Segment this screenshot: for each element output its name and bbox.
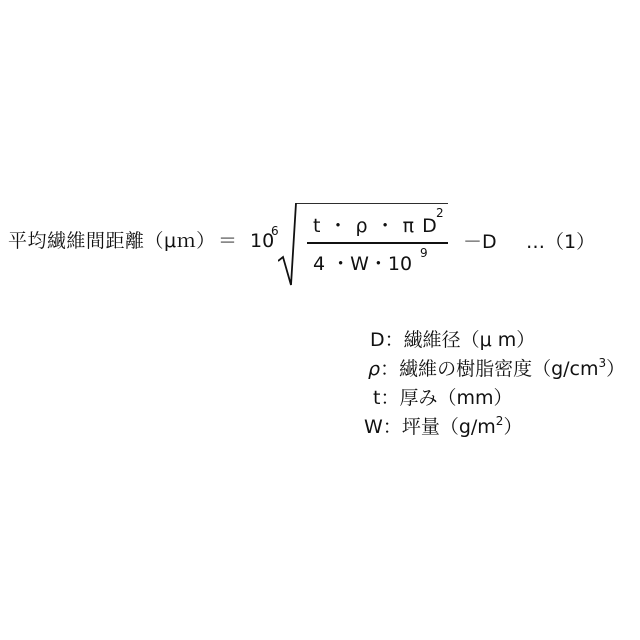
legend-separator: ： (383, 416, 402, 438)
legend-separator: ： (380, 387, 399, 409)
legend-description: 繊維の樹脂密度（g/cm (399, 358, 598, 380)
legend-item-rho: ρ：繊維の樹脂密度（g/cm3） (368, 360, 625, 379)
legend-description: 厚み（mm） (399, 387, 512, 409)
legend-unit-exponent: 3 (599, 356, 607, 370)
legend-symbol: W (364, 416, 383, 438)
legend-close-paren: ） (503, 416, 522, 438)
legend-description: 坪量（g/m (402, 416, 496, 438)
legend-close-paren: ） (606, 358, 625, 380)
legend-item-w: W：坪量（g/m2） (364, 418, 522, 437)
formula-lhs-label: 平均繊維間距離（μｍ） (8, 232, 216, 251)
legend-separator: ： (385, 329, 404, 351)
legend-separator: ： (380, 358, 399, 380)
fraction-bar (307, 242, 448, 244)
equation-number: …（1） (526, 233, 595, 252)
equals-sign: ＝ (218, 232, 237, 251)
legend-symbol: D (370, 329, 385, 351)
numerator-exponent: 2 (436, 207, 444, 219)
fraction-numerator: t ・ ρ ・ π D (313, 217, 437, 236)
minus-diameter-term: －D (463, 233, 497, 252)
denominator-exponent: 9 (420, 247, 428, 259)
legend-item-t: t：厚み（mm） (373, 389, 513, 408)
legend-symbol: ρ (368, 358, 380, 380)
legend-description: 繊維径（μ m） (404, 329, 536, 351)
legend-item-d: D：繊維径（μ m） (370, 331, 535, 350)
fraction-denominator: 4 ・W・10 (313, 255, 412, 274)
